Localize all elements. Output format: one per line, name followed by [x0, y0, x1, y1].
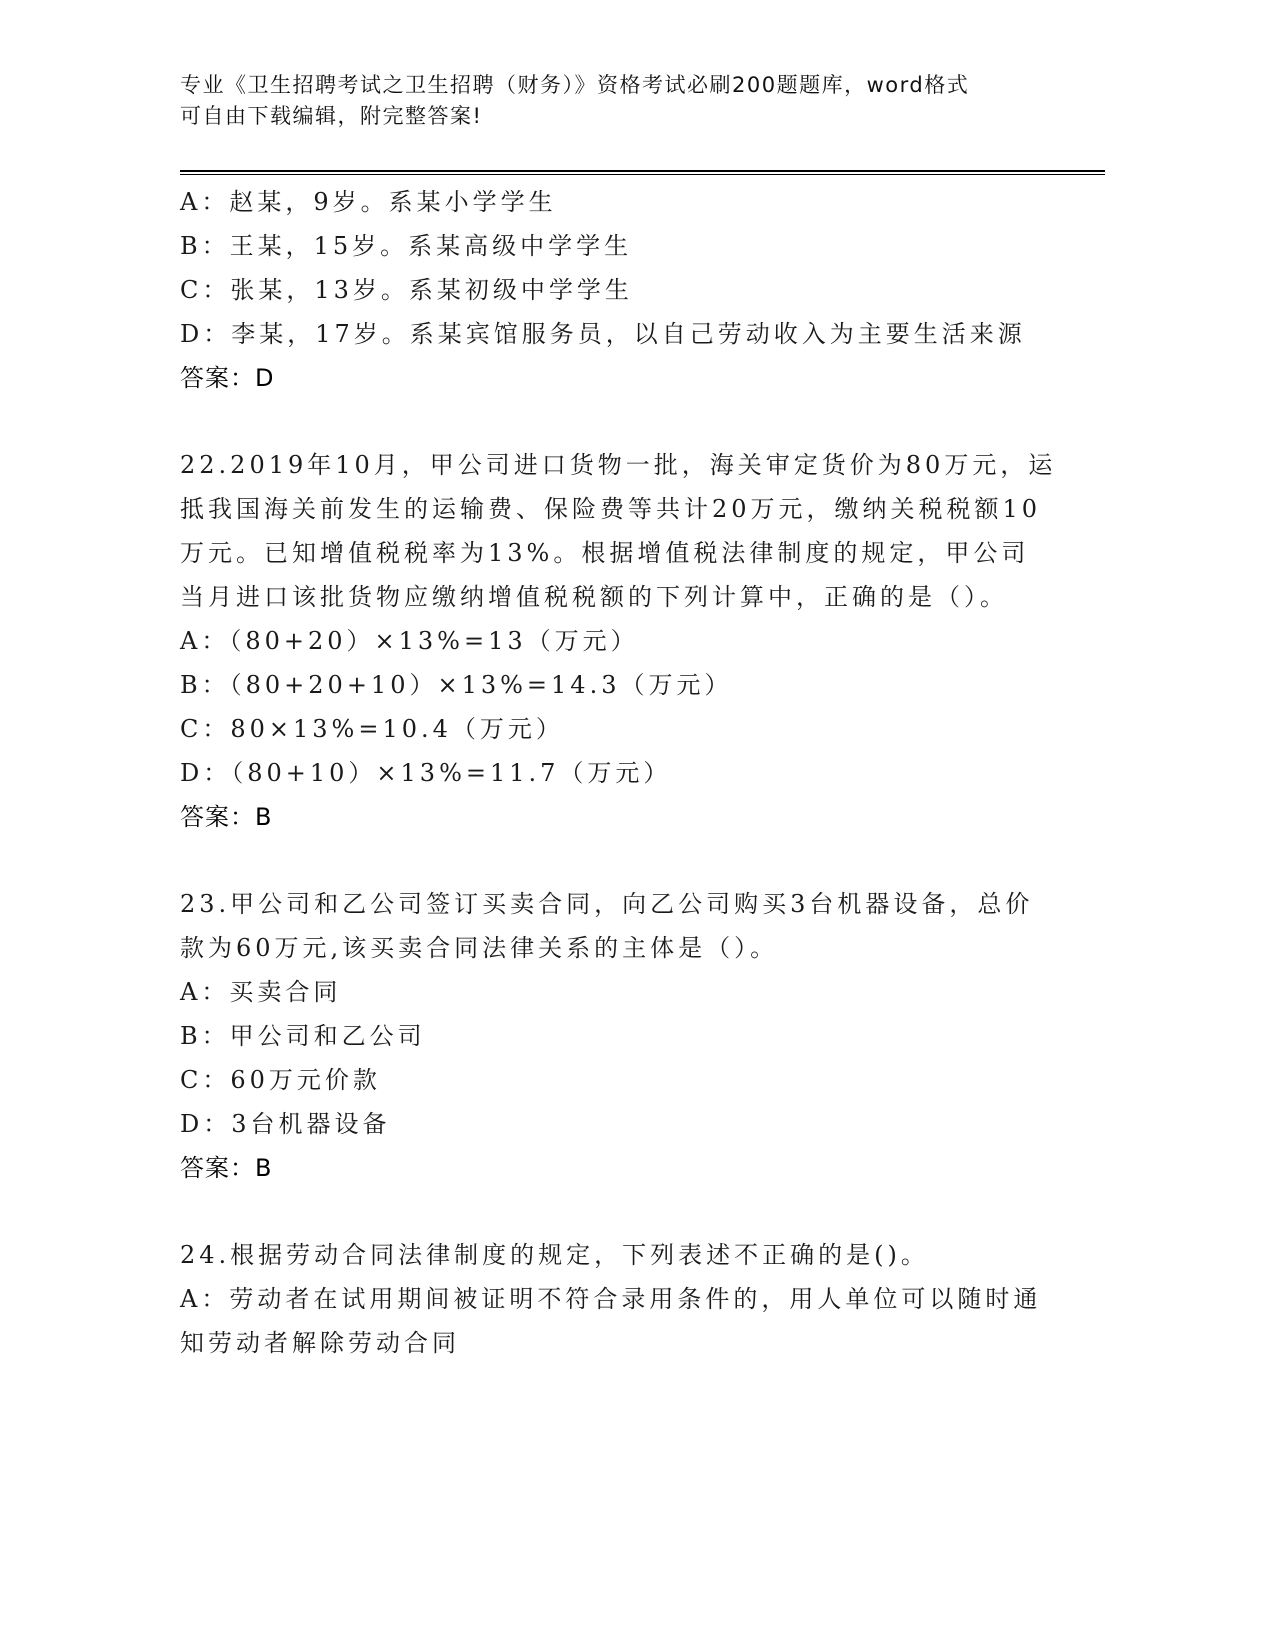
question-stem: 22.2019年10月，甲公司进口货物一批，海关审定货价为80万元，运: [180, 443, 1080, 487]
question-list: A：赵某，9岁。系某小学学生 B：王某，15岁。系某高级中学学生 C：张某，13…: [180, 180, 1080, 1365]
option-b: B：甲公司和乙公司: [180, 1014, 1080, 1058]
option-b: B：（80+20+10）×13%=14.3（万元）: [180, 663, 1080, 707]
spacer: [180, 1190, 1080, 1233]
question-stem: 当月进口该批货物应缴纳增值税税额的下列计算中，正确的是（）。: [180, 575, 1080, 619]
option-c: C：张某，13岁。系某初级中学学生: [180, 268, 1080, 312]
option-c: C：60万元价款: [180, 1058, 1080, 1102]
option-d: D：李某，17岁。系某宾馆服务员，以自己劳动收入为主要生活来源: [180, 312, 1080, 356]
option-c: C：80×13%=10.4（万元）: [180, 707, 1080, 751]
option-a-continued: 知劳动者解除劳动合同: [180, 1321, 1080, 1365]
question-stem: 24.根据劳动合同法律制度的规定，下列表述不正确的是()。: [180, 1233, 1080, 1277]
option-b: B：王某，15岁。系某高级中学学生: [180, 224, 1080, 268]
header-line: 专业《卫生招聘考试之卫生招聘（财务）》资格考试必刷200题题库，word格式: [180, 70, 1040, 101]
answer-label: 答案：B: [180, 795, 1080, 839]
question-22: 22.2019年10月，甲公司进口货物一批，海关审定货价为80万元，运 抵我国海…: [180, 443, 1080, 839]
question-stem: 23.甲公司和乙公司签订买卖合同，向乙公司购买3台机器设备，总价: [180, 882, 1080, 926]
header-line: 可自由下载编辑，附完整答案!: [180, 101, 1040, 132]
document-page: 专业《卫生招聘考试之卫生招聘（财务）》资格考试必刷200题题库，word格式 可…: [0, 0, 1275, 1650]
option-a: A：赵某，9岁。系某小学学生: [180, 180, 1080, 224]
spacer: [180, 400, 1080, 443]
question-24: 24.根据劳动合同法律制度的规定，下列表述不正确的是()。 A：劳动者在试用期间…: [180, 1233, 1080, 1365]
question-21: A：赵某，9岁。系某小学学生 B：王某，15岁。系某高级中学学生 C：张某，13…: [180, 180, 1080, 400]
answer-label: 答案：B: [180, 1146, 1080, 1190]
option-d: D：（80+10）×13%=11.7（万元）: [180, 751, 1080, 795]
question-23: 23.甲公司和乙公司签订买卖合同，向乙公司购买3台机器设备，总价 款为60万元,…: [180, 882, 1080, 1190]
answer-label: 答案：D: [180, 356, 1080, 400]
document-header: 专业《卫生招聘考试之卫生招聘（财务）》资格考试必刷200题题库，word格式 可…: [180, 70, 1040, 132]
spacer: [180, 839, 1080, 882]
option-a: A：劳动者在试用期间被证明不符合录用条件的，用人单位可以随时通: [180, 1277, 1080, 1321]
header-divider-thick: [180, 170, 1105, 172]
question-stem: 万元。已知增值税税率为13%。根据增值税法律制度的规定，甲公司: [180, 531, 1080, 575]
header-divider-thin: [180, 174, 1105, 175]
question-stem: 抵我国海关前发生的运输费、保险费等共计20万元，缴纳关税税额10: [180, 487, 1080, 531]
option-d: D：3台机器设备: [180, 1102, 1080, 1146]
option-a: A：买卖合同: [180, 970, 1080, 1014]
option-a: A：（80+20）×13%=13（万元）: [180, 619, 1080, 663]
question-stem: 款为60万元,该买卖合同法律关系的主体是（）。: [180, 926, 1080, 970]
